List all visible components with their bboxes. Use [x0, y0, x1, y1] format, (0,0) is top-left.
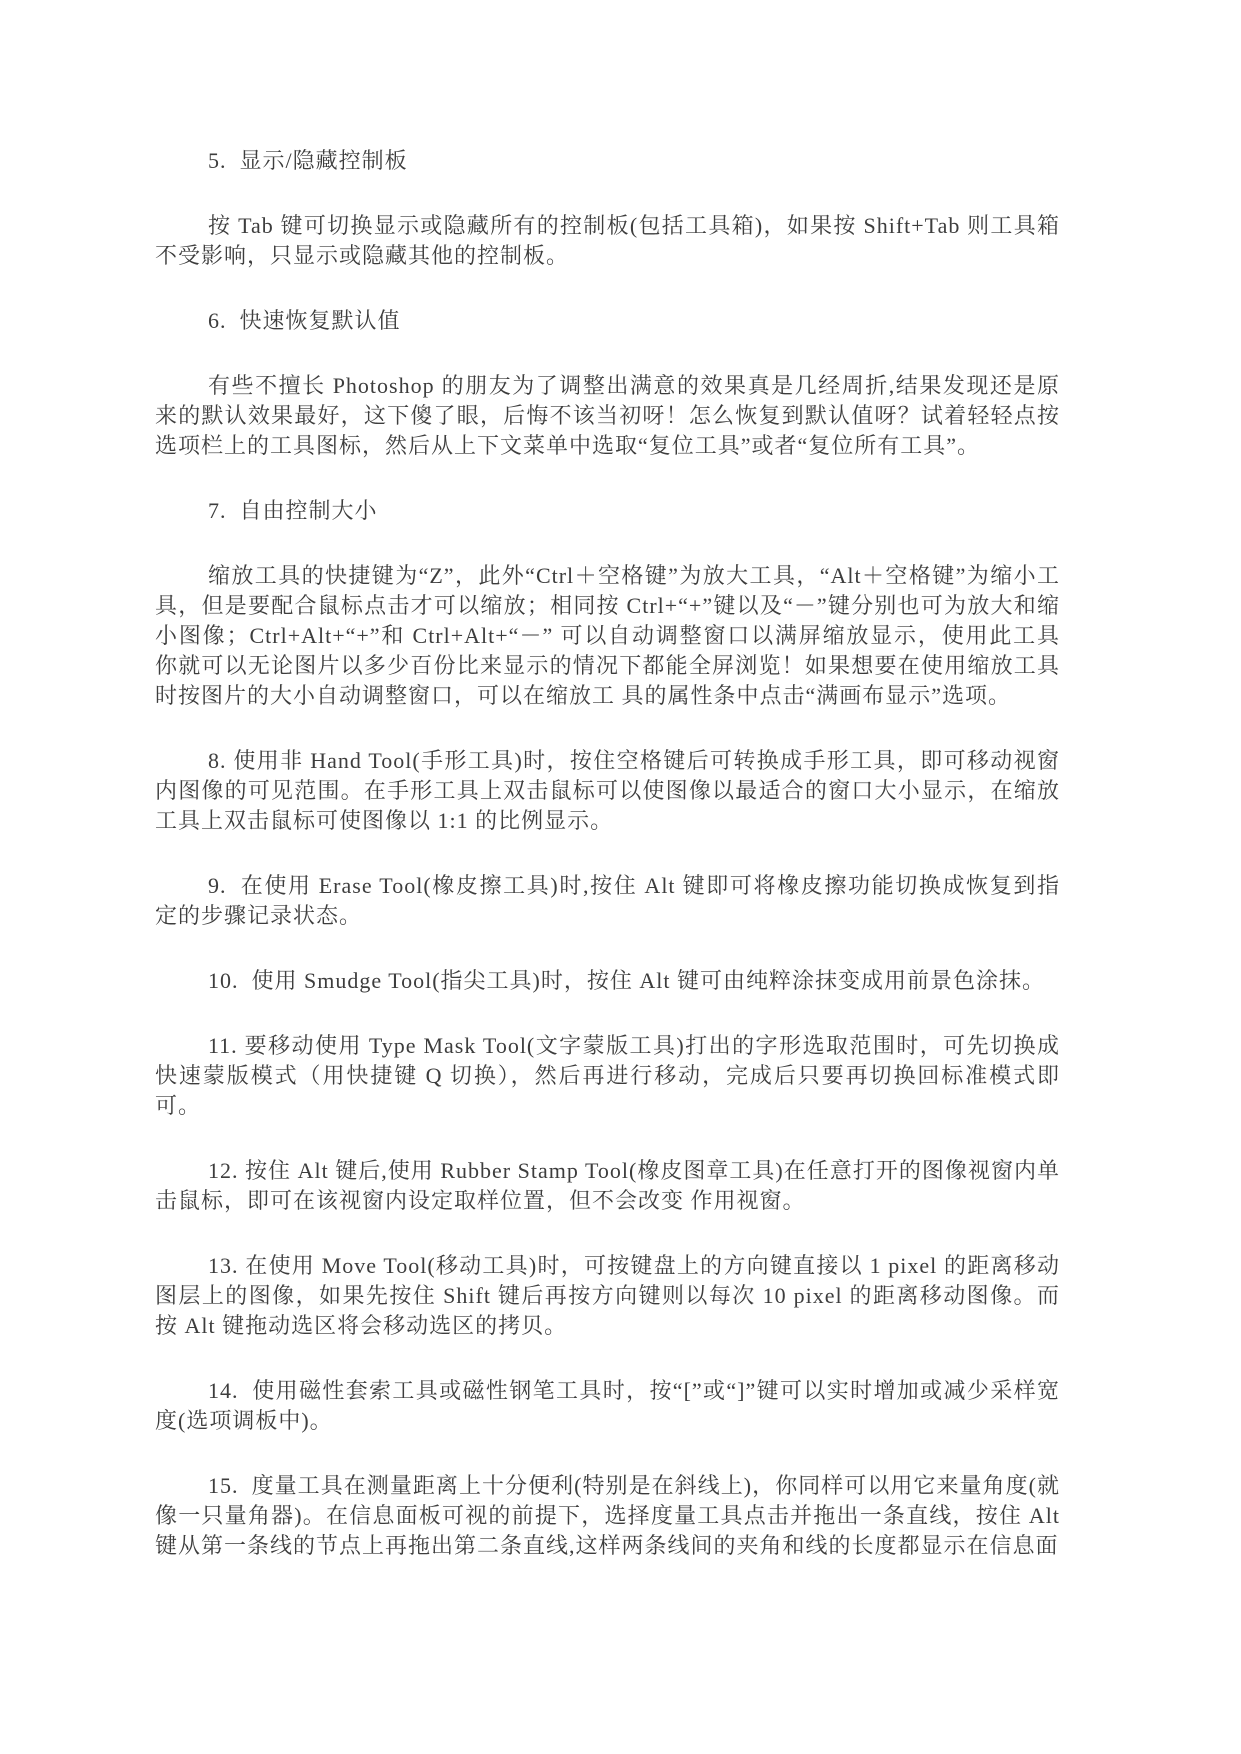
- tip-8-paragraph: 8. 使用非 Hand Tool(手形工具)时，按住空格键后可转换成手形工具，即…: [155, 746, 1060, 836]
- tip-14-paragraph: 14. 使用磁性套索工具或磁性钢笔工具时，按“[”或“]”键可以实时增加或减少采…: [155, 1376, 1060, 1436]
- tip-6-body: 有些不擅长 Photoshop 的朋友为了调整出满意的效果真是几经周折,结果发现…: [155, 371, 1060, 461]
- tip-15-paragraph: 15. 度量工具在测量距离上十分便利(特别是在斜线上)，你同样可以用它来量角度(…: [155, 1471, 1060, 1561]
- tip-9-paragraph: 9. 在使用 Erase Tool(橡皮擦工具)时,按住 Alt 键即可将橡皮擦…: [155, 871, 1060, 931]
- tip-13-paragraph: 13. 在使用 Move Tool(移动工具)时，可按键盘上的方向键直接以 1 …: [155, 1251, 1060, 1341]
- tip-5-title: 5. 显示/隐藏控制板: [155, 146, 1060, 176]
- tip-6-title: 6. 快速恢复默认值: [155, 306, 1060, 336]
- tip-7-title: 7. 自由控制大小: [155, 496, 1060, 526]
- tip-5-body: 按 Tab 键可切换显示或隐藏所有的控制板(包括工具箱)，如果按 Shift+T…: [155, 211, 1060, 271]
- tip-7-body: 缩放工具的快捷键为“Z”，此外“Ctrl＋空格键”为放大工具，“Alt＋空格键”…: [155, 561, 1060, 711]
- document-page: 5. 显示/隐藏控制板 按 Tab 键可切换显示或隐藏所有的控制板(包括工具箱)…: [155, 146, 1060, 1596]
- tip-12-paragraph: 12. 按住 Alt 键后,使用 Rubber Stamp Tool(橡皮图章工…: [155, 1156, 1060, 1216]
- tip-10-paragraph: 10. 使用 Smudge Tool(指尖工具)时，按住 Alt 键可由纯粹涂抹…: [155, 966, 1060, 996]
- tip-11-paragraph: 11. 要移动使用 Type Mask Tool(文字蒙版工具)打出的字形选取范…: [155, 1031, 1060, 1121]
